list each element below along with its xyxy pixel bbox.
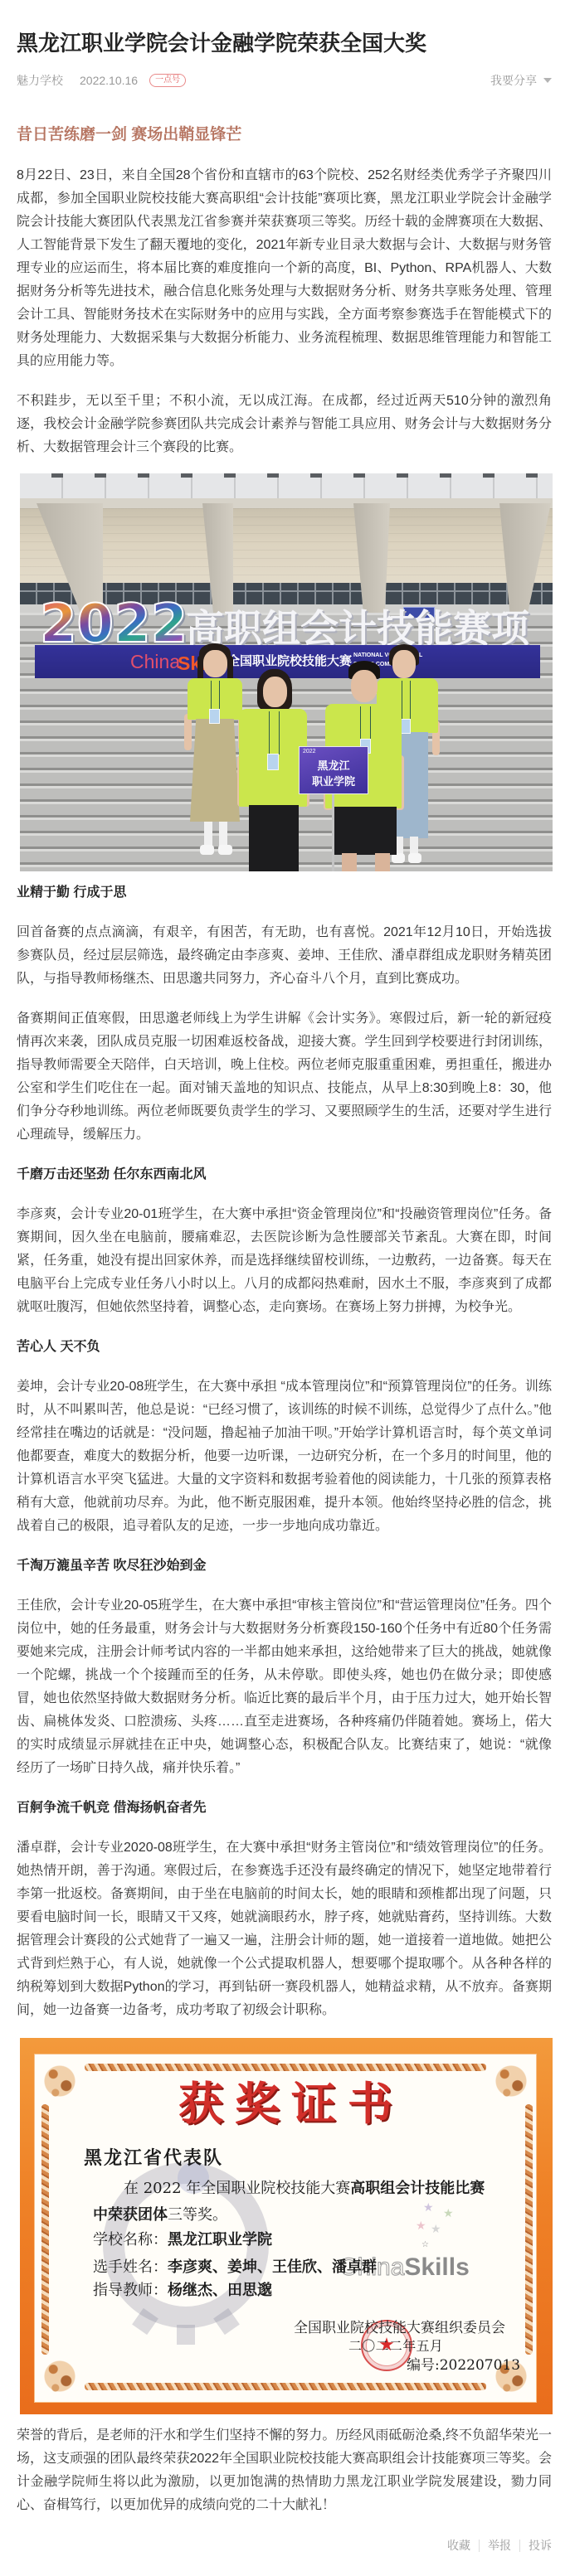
article-title: 黑龙江职业学院会计金融学院荣获全国大奖 — [17, 28, 552, 58]
school-label: 学校名称： — [93, 2231, 168, 2249]
paragraph: 李彦爽，会计专业20-01班学生，在大赛中承担“资金管理岗位”和“投融资管理岗位… — [17, 1203, 552, 1319]
paragraph: 备赛期间正值寒假，田思邈老师线上为学生讲解《会计实务》。寒假过后，新一轮的新冠疫… — [17, 1007, 552, 1147]
certificate-body-line-2: 中荣获团体三等奖。 — [93, 2205, 227, 2225]
team-photo: 2022 高职组会计技能赛项 China Skills 全国职业院校技能大赛 N… — [20, 473, 553, 871]
rope-border-top — [85, 2064, 486, 2071]
players-value: 李彦爽、姜坤、王佳欣、潘卓群 — [168, 2258, 377, 2276]
body-text: 三等奖。 — [168, 2206, 227, 2224]
body-text: 在 2022 年全国职业院校技能大赛 — [124, 2180, 350, 2197]
share-button[interactable]: 我要分享 — [490, 72, 552, 89]
star-icon: ☆ — [421, 2239, 429, 2251]
paragraph: 潘卓群，会计专业2020-08班学生，在大赛中承担“财务主管岗位”和“绩效管理岗… — [17, 1836, 552, 2022]
divider — [519, 2540, 520, 2552]
school-name-sign: 2022 黑龙江 职业学院 — [299, 746, 368, 794]
school-value: 黑龙江职业学院 — [168, 2231, 272, 2249]
paragraph: 王佳欣，会计专业20-05班学生，在大赛中承担“审核主管岗位”和“营运管理岗位”… — [17, 1594, 552, 1780]
players-label: 选手姓名： — [93, 2258, 168, 2276]
rope-border-right — [525, 2104, 533, 2355]
article-meta: 魅力学校 2022.10.16 一点号 我要分享 — [17, 72, 552, 89]
body-text-emphasis: 高职组会计技能比赛 — [350, 2180, 485, 2197]
report-button[interactable]: 举报 — [488, 2537, 511, 2554]
sign-line-1: 黑龙江 — [300, 759, 368, 774]
figure-shorts — [334, 807, 397, 855]
share-label: 我要分享 — [490, 72, 537, 89]
article-page: 黑龙江职业学院会计金融学院荣获全国大奖 魅力学校 2022.10.16 一点号 … — [0, 0, 570, 2554]
star-icon: ★ — [443, 2208, 454, 2219]
certificate-serial: 编号:202207013 — [407, 2356, 520, 2375]
coaches-label: 指导教师： — [93, 2282, 168, 2299]
article-actions: 收藏 举报 投诉 — [17, 2537, 552, 2554]
section-heading: 百舸争流千帆竞 借海扬帆奋者先 — [17, 1797, 552, 1820]
figure-leg — [342, 853, 357, 871]
paragraph: 姜坤，会计专业20-08班学生，在大赛中承担 “成本管理岗位”和“预算管理岗位”… — [17, 1375, 552, 1538]
caret-down-icon — [543, 78, 552, 83]
source-link[interactable]: 魅力学校 — [17, 72, 63, 89]
certificate-date: 二〇二二年五月 — [348, 2337, 443, 2355]
section-heading: 业精于勤 行成于思 — [17, 881, 552, 905]
gear-tooth — [177, 2325, 195, 2345]
star-icon: ★ — [416, 2220, 426, 2232]
certificate-title: 获奖证书 — [178, 2081, 404, 2126]
certificate-coaches: 指导教师：杨继杰、田思邈 — [93, 2281, 272, 2301]
sign-pole — [332, 793, 334, 871]
closing-paragraph: 荣誉的背后，是老师的汗水和学生们坚持不懈的努力。历经风雨砥砺沧桑,终不负韶华荣光… — [17, 2424, 552, 2517]
figure-face — [351, 670, 378, 702]
divider — [479, 2540, 480, 2552]
watermark-skills: Skills — [404, 2253, 469, 2281]
paragraph: 不积跬步，无以至千里；不积小流，无以成江海。在成都，经过近两天510分钟的激烈角… — [17, 390, 552, 459]
corner-ornament-icon — [38, 2353, 81, 2399]
body-text-emphasis: 中荣获团体 — [93, 2206, 168, 2224]
figure-lanyard — [370, 706, 371, 741]
figure-lanyard — [360, 706, 361, 741]
coaches-value: 杨继杰、田思邈 — [168, 2282, 272, 2299]
paragraph: 8月22日、23日，来自全国28个省份和直辖市的63个院校、252名财经类优秀学… — [17, 164, 552, 373]
certificate-recipient: 黑龙江省代表队 — [84, 2147, 223, 2170]
complain-button[interactable]: 投诉 — [529, 2537, 552, 2554]
corner-ornament-icon — [38, 2058, 81, 2104]
rope-border-bottom — [85, 2383, 486, 2390]
certificate-players: 选手姓名：李彦爽、姜坤、王佳欣、潘卓群 — [93, 2258, 377, 2278]
paragraph: 回首备赛的点点滴滴，有艰辛，有困苦，有无助，也有喜悦。2021年12月10日，开… — [17, 921, 552, 991]
certificate-school: 学校名称：黑龙江职业学院 — [93, 2230, 272, 2250]
platform-badge: 一点号 — [149, 74, 186, 87]
sign-line-2: 职业学院 — [300, 774, 368, 789]
publish-date: 2022.10.16 — [80, 72, 138, 89]
section-heading-lead: 昔日苦练磨一剑 赛场出鞘显锋芒 — [17, 124, 552, 147]
favorite-button[interactable]: 收藏 — [447, 2537, 470, 2554]
figure-leg — [375, 853, 390, 871]
award-certificate-image: 获奖证书 黑龙江省代表队 ChinaSkills ★ ★ ★ ★ ☆ 在 202… — [20, 2038, 553, 2414]
section-heading: 千淘万漉虽辛苦 吹尽狂沙始到金 — [17, 1555, 552, 1578]
certificate-issuer: 全国职业院校技能大赛组织委员会 — [294, 2319, 505, 2337]
rope-border-left — [41, 2104, 49, 2355]
section-heading: 千磨万击还坚劲 任尔东西南北风 — [17, 1163, 552, 1186]
star-icon: ★ — [431, 2224, 441, 2235]
student-figure-3 — [20, 473, 553, 871]
section-heading: 苦心人 天不负 — [17, 1336, 552, 1359]
corner-ornament-icon — [490, 2058, 533, 2104]
star-icon: ★ — [423, 2202, 434, 2214]
certificate-body-line-1: 在 2022 年全国职业院校技能大赛高职组会计技能比赛 — [124, 2179, 485, 2199]
sign-header: 2022 — [303, 749, 316, 755]
